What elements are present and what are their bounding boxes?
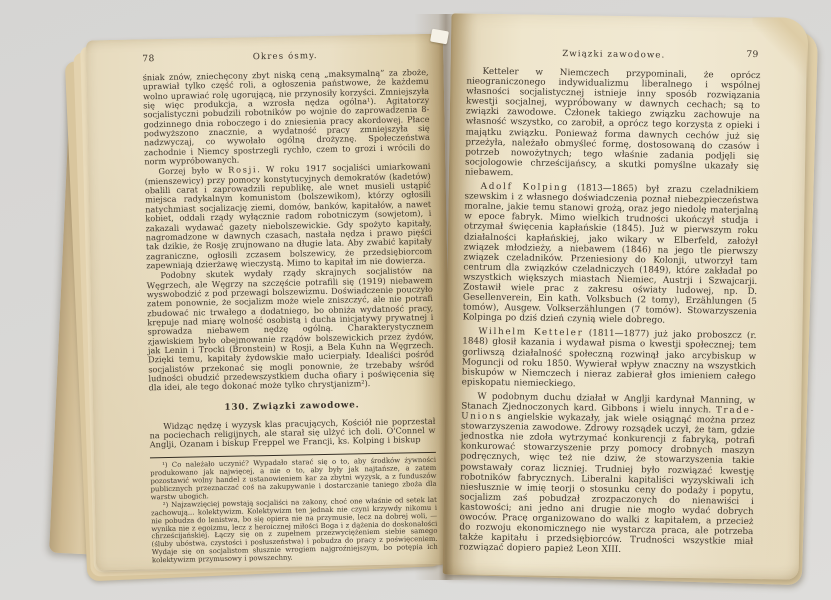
paragraph: Gorzej było w Rosji. W roku 1917 socjali… (144, 162, 432, 270)
running-header-right: Związki zawodowe. (562, 49, 665, 61)
paragraph: Widząc nędzę i wyzysk klas pracujących, … (149, 417, 435, 451)
paragraph: Wilhelm Ketteler (1811—1877) już jako pr… (462, 327, 757, 392)
right-page-header: Związki zawodowe. 79 (467, 47, 761, 62)
spine-paper-sliver (430, 29, 449, 45)
paragraph-continuation: Ketteler w Niemczech przypominali, że op… (465, 66, 761, 182)
page-corner-curl (751, 17, 808, 78)
paragraph-continuation: śniak znów, zniechęcony zbyt niską ceną … (143, 68, 431, 167)
running-header-left: Okres ósmy. (253, 51, 318, 62)
text-segment: . W roku 1917 socjaliści umiarkowani (mi… (145, 161, 433, 270)
footnote-1: ¹) Co należało uczynić? Wypadało starać … (150, 457, 437, 502)
text-segment: (1813—1865) był zrazu czeladnikiem szews… (463, 183, 759, 326)
text-segment: angielskie wykazały, jak wiele osiągnąć … (459, 412, 755, 555)
page-number-left: 78 (142, 54, 155, 64)
paragraph: Podobny skutek wydały rządy skrajnych so… (146, 266, 434, 393)
left-page-header: 78 Okres ósmy. (142, 49, 428, 64)
section-heading: 130. Związki zawodowe. (149, 399, 435, 414)
left-page: 78 Okres ósmy. śniak znów, zniechęcony z… (86, 34, 453, 571)
footnote-2: ²) Najzawzięciej powstają socjaliści na … (151, 497, 438, 566)
right-page: Związki zawodowe. 79 Ketteler w Niemczec… (443, 13, 808, 580)
paragraph: Adolf Kolping (1813—1865) był zrazu czel… (463, 182, 759, 328)
text-segment: (1811—1877) już jako proboszcz (r. 1848)… (462, 329, 757, 389)
book-spread-photo: 78 Okres ósmy. śniak znów, zniechęcony z… (0, 0, 831, 600)
paragraph: W podobnym duchu działał w Anglji kardyn… (459, 391, 756, 557)
